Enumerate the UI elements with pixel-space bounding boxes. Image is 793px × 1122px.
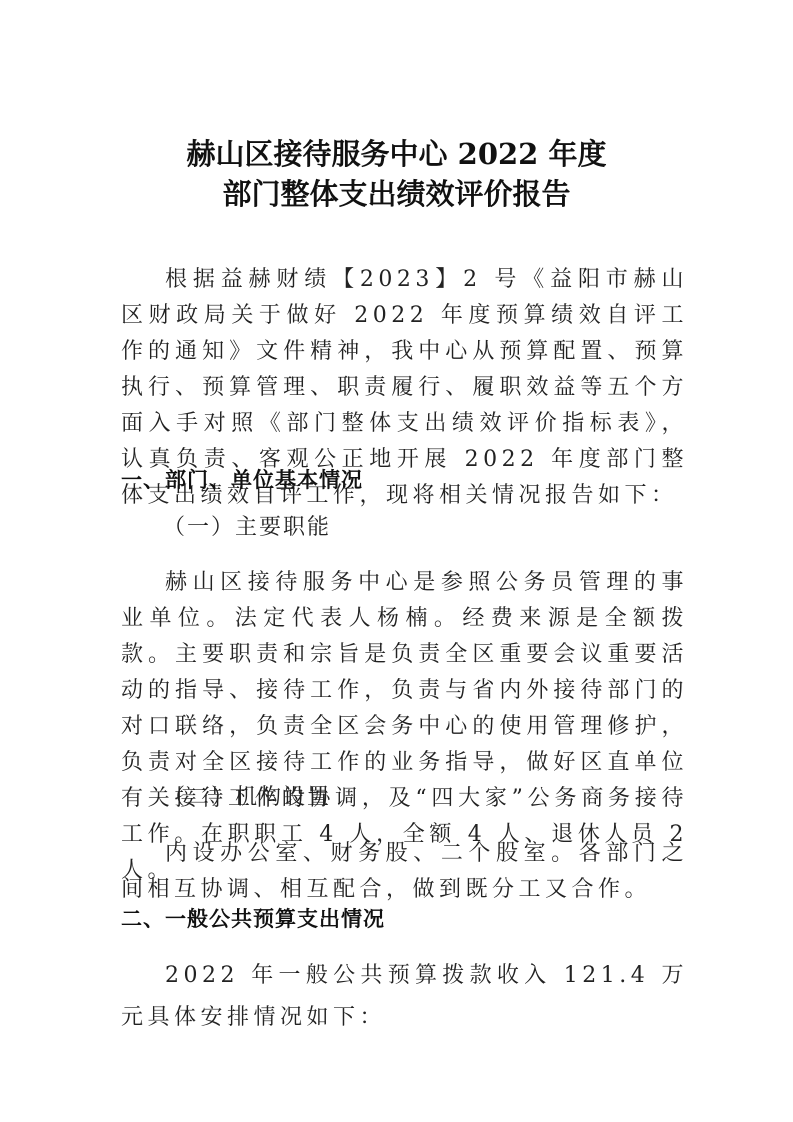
section-2-heading: 二、一般公共预算支出情况 — [121, 904, 385, 934]
section-1-heading: 一、部门、单位基本情况 — [121, 465, 363, 495]
org-structure-paragraph: 内设办公室、财务股、二个股室。各部门之间相互协调、相互配合，做到既分工又合作。 — [121, 836, 688, 908]
report-title-line-2: 部门整体支出绩效评价报告 — [0, 174, 793, 214]
budget-paragraph: 2022 年一般公共预算拨款收入 121.4 万元具体安排情况如下： — [121, 955, 688, 1039]
subsection-1-heading: （一）主要职能 — [163, 513, 331, 543]
subsection-2-heading: （二）机构设置 — [163, 783, 331, 813]
document-page: 赫山区接待服务中心 2022 年度 部门整体支出绩效评价报告 根据益赫财绩【20… — [0, 0, 793, 1122]
report-title-line-1: 赫山区接待服务中心 2022 年度 — [0, 134, 793, 174]
